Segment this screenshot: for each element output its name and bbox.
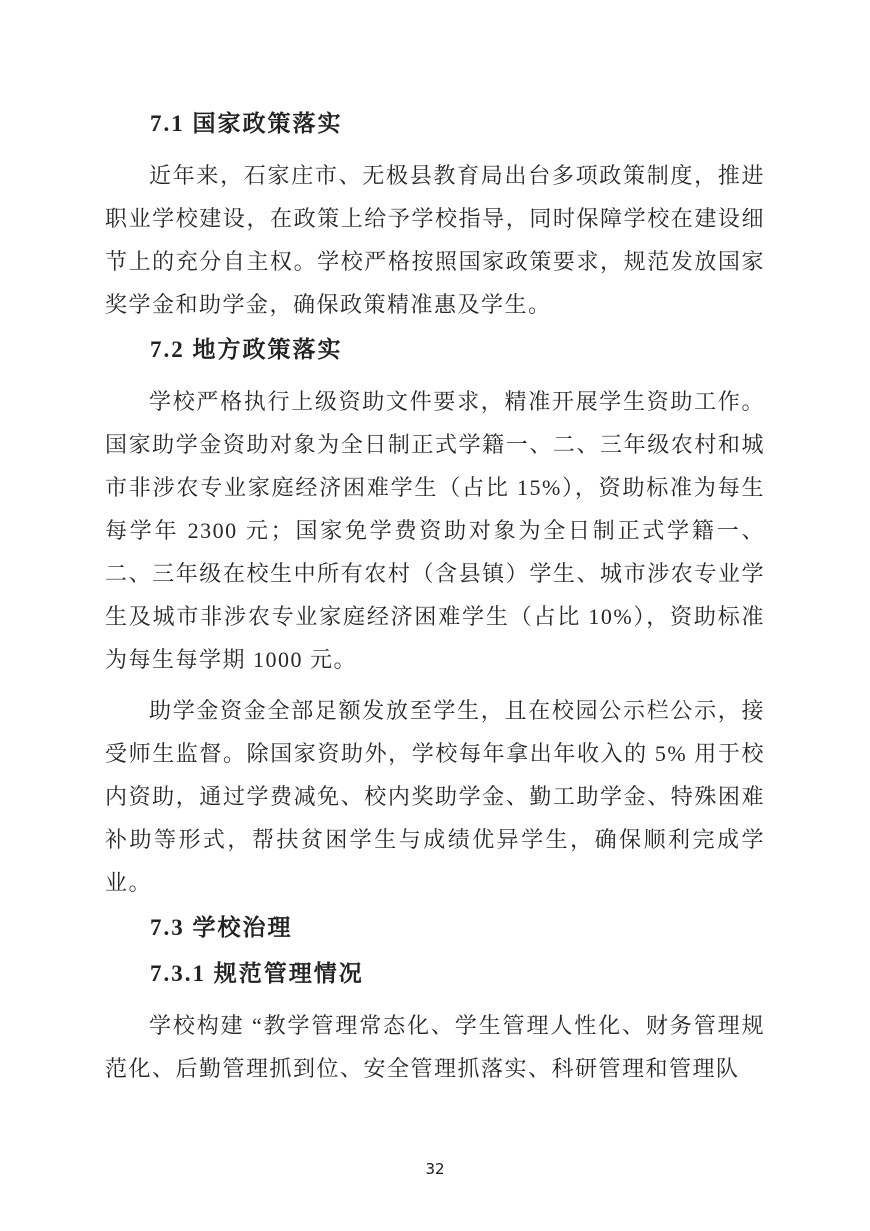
paragraph-local-policy-funding: 学校严格执行上级资助文件要求，精准开展学生资助工作。国家助学金资助对象为全日制正… — [105, 380, 765, 681]
paragraph-national-policy: 近年来，石家庄市、无极县教育局出台多项政策制度，推进职业学校建设，在政策上给予学… — [105, 154, 765, 326]
section-heading-7-3: 7.3 学校治理 — [105, 912, 765, 944]
document-page: 7.1 国家政策落实 近年来，石家庄市、无极县教育局出台多项政策制度，推进职业学… — [0, 0, 870, 1231]
paragraph-school-management: 学校构建 “教学管理常态化、学生管理人性化、财务管理规范化、后勤管理抓到位、安全… — [105, 1004, 765, 1090]
paragraph-grant-distribution: 助学金资金全部足额发放至学生，且在校园公示栏公示，接受师生监督。除国家资助外，学… — [105, 689, 765, 904]
section-heading-7-3-1: 7.3.1 规范管理情况 — [105, 958, 765, 990]
page-footer: 32 — [0, 1160, 870, 1179]
section-heading-7-2: 7.2 地方政策落实 — [105, 334, 765, 366]
page-number: 32 — [425, 1160, 444, 1178]
section-heading-7-1: 7.1 国家政策落实 — [105, 108, 765, 140]
